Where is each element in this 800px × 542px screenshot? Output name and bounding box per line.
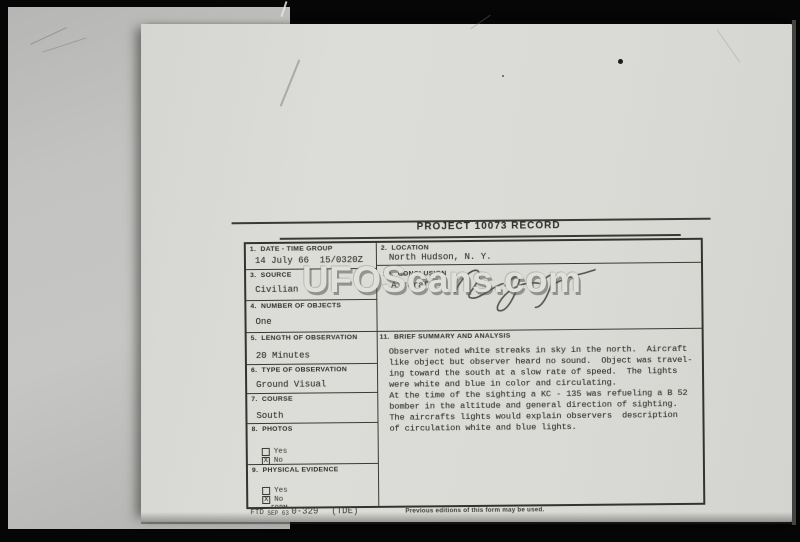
field-label: 7. COURSE (251, 396, 293, 403)
field-course: 7. COURSE South (247, 393, 377, 424)
field-value: One (255, 317, 271, 327)
page-title: PROJECT 10073 RECORD (339, 219, 639, 233)
checkbox-label: Yes (274, 448, 288, 456)
field-label: 11. BRIEF SUMMARY AND ANALYSIS (380, 333, 511, 341)
photos-yes-row: Yes (262, 448, 288, 456)
field-label: 8. PHOTOS (252, 426, 293, 433)
checkbox-label: Yes (274, 487, 288, 495)
checkbox-checked: x (262, 496, 270, 504)
field-value: South (256, 411, 283, 421)
field-value: Civilian (255, 285, 298, 295)
watermark-text: UFOScans.com (302, 259, 581, 301)
field-label: 9. PHYSICAL EVIDENCE (252, 466, 339, 474)
field-label: 3. SOURCE (250, 272, 292, 279)
field-label: 6. TYPE OF OBSERVATION (251, 366, 347, 374)
field-label: 2. LOCATION (381, 244, 429, 251)
checkbox-label: No (274, 496, 283, 504)
checkbox-unchecked (262, 487, 270, 495)
checkbox-label: No (274, 457, 283, 465)
field-value: Ground Visual (256, 379, 326, 390)
photos-no-row: x No (262, 457, 283, 465)
summary-line: ing toward the south at a slow rate of s… (389, 366, 677, 379)
checkbox-checked: x (262, 457, 270, 465)
field-length-of-observation: 5. LENGTH OF OBSERVATION 20 Minutes (247, 332, 377, 365)
paper-right-edge (792, 20, 796, 525)
field-photos: 8. PHOTOS Yes x No (248, 423, 378, 465)
field-value: 20 Minutes (256, 351, 310, 362)
field-physical-evidence: 9. PHYSICAL EVIDENCE Yes x No (248, 464, 378, 507)
scan-background: PROJECT 10073 RECORD 1. DATE - TIME GROU… (0, 0, 800, 542)
field-label: 5. LENGTH OF OBSERVATION (251, 334, 358, 342)
checkbox-unchecked (262, 448, 270, 456)
field-brief-summary: 11. BRIEF SUMMARY AND ANALYSIS Observer … (378, 329, 704, 506)
paper-bottom-shadow (141, 512, 792, 524)
field-label: 4. NUMBER OF OBJECTS (250, 302, 341, 310)
summary-line: of circulation white and blue lights. (390, 422, 577, 434)
field-type-of-observation: 6. TYPE OF OBSERVATION Ground Visual (247, 364, 377, 394)
field-number-of-objects: 4. NUMBER OF OBJECTS One (246, 300, 376, 333)
summary-line: The aircrafts lights would explain obser… (389, 410, 677, 423)
physical-evidence-no-row: x No (262, 496, 283, 504)
field-label: 1. DATE - TIME GROUP (250, 245, 333, 253)
physical-evidence-yes-row: Yes (262, 487, 288, 495)
